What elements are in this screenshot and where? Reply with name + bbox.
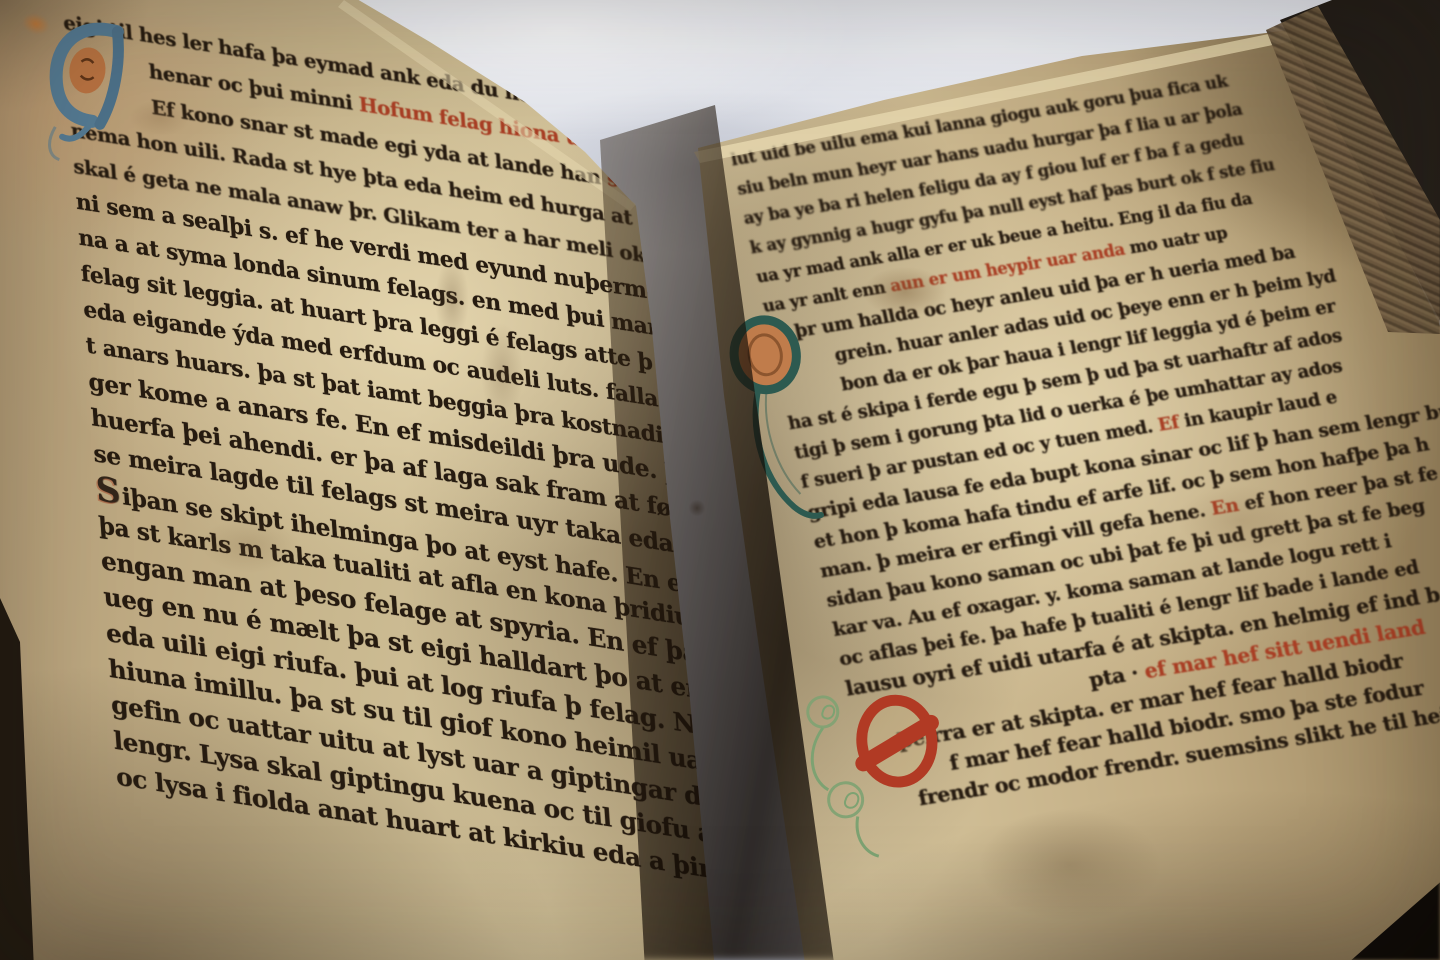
right-red-initial-with-flourishes: [788, 660, 961, 877]
manuscript-photo: Photograph of an open medieval parchment…: [0, 0, 1440, 960]
versal-initial-letter: S: [95, 469, 122, 513]
rubric-red-text: skau: [606, 166, 658, 198]
